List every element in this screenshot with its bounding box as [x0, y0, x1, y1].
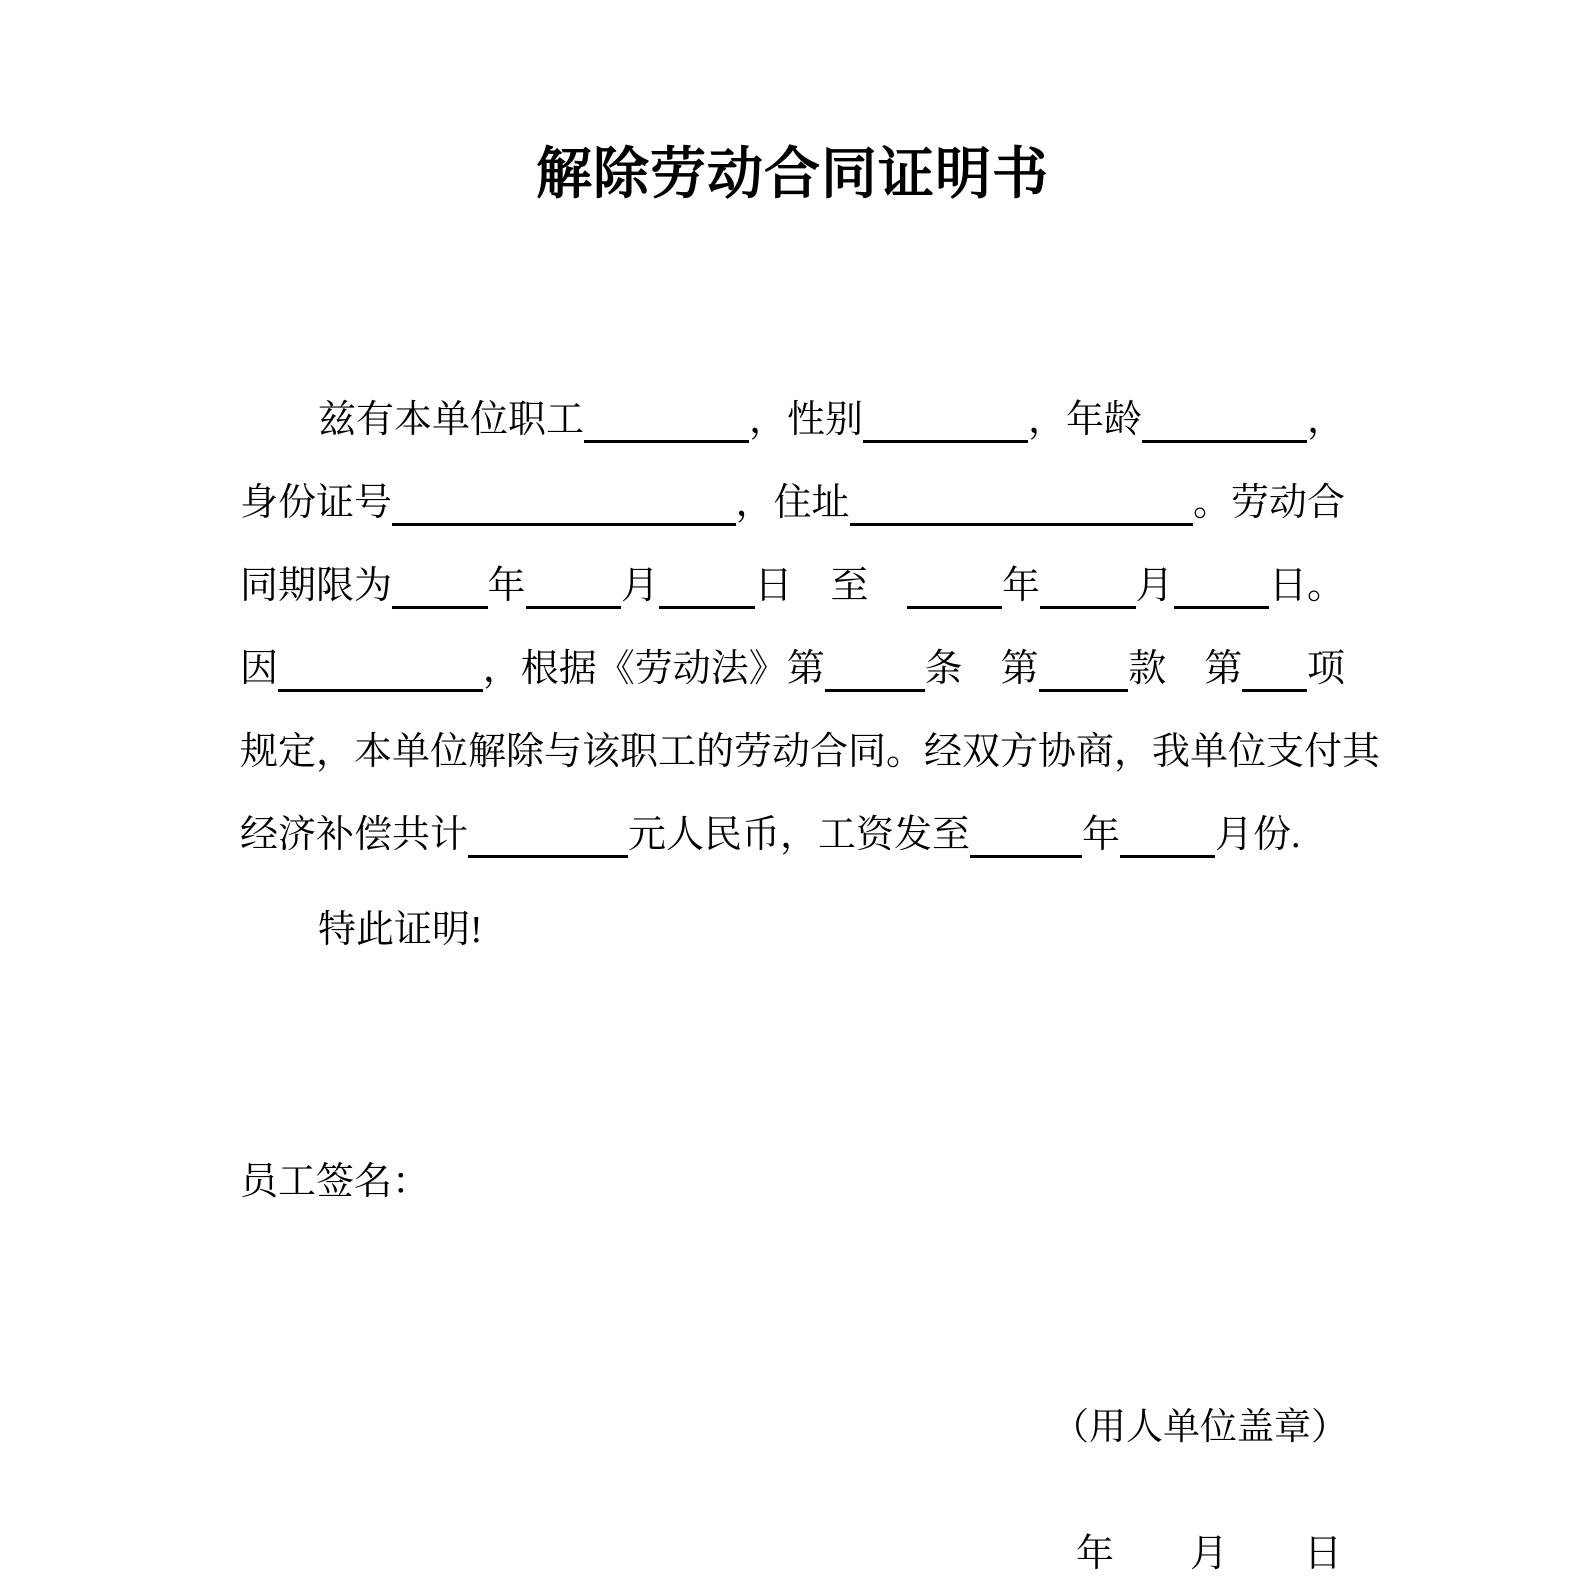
body-line-6: 经济补偿共计 元人民币，工资发至 年 月份.	[240, 775, 1345, 858]
employee-signature-label: 员工签名：	[240, 1160, 430, 1206]
body-line-4: 因 ，根据《劳动法》第 条 第 款 第 项	[240, 609, 1345, 692]
text-clause-item-label: 款 第	[1128, 648, 1242, 692]
blank-law-clause[interactable]	[1039, 684, 1129, 692]
blank-compensation-amount[interactable]	[468, 850, 628, 858]
text-month-suffix-label: 月份.	[1215, 814, 1301, 858]
text-law-reference: ，根据《劳动法》第	[483, 648, 825, 692]
text-month-label-2: 月	[1136, 565, 1174, 609]
closing-statement: 特此证明!	[318, 908, 483, 954]
text-item-label: 项	[1307, 648, 1345, 692]
text-day-to-label: 日 至	[755, 565, 907, 609]
text-term-lead: 同期限为	[240, 565, 392, 609]
date-line: 年 月 日	[1076, 1532, 1342, 1578]
text-age-label: ，年龄	[1028, 399, 1142, 443]
text-employee-intro: 兹有本单位职工	[240, 399, 584, 443]
text-gender-label: ，性别	[749, 399, 863, 443]
body-line-3: 同期限为 年 月 日 至 年 月 日。	[240, 526, 1345, 609]
blank-end-day[interactable]	[1174, 601, 1269, 609]
text-because-label: 因	[240, 648, 278, 692]
text-address-label: ，住址	[736, 482, 850, 526]
blank-termination-reason[interactable]	[278, 684, 483, 692]
blank-end-month[interactable]	[1040, 601, 1135, 609]
blank-gender[interactable]	[863, 435, 1028, 443]
blank-wage-year[interactable]	[970, 850, 1082, 858]
blank-end-year[interactable]	[907, 601, 1002, 609]
text-day-end-label: 日。	[1269, 565, 1345, 609]
blank-law-article[interactable]	[825, 684, 925, 692]
document-body: 兹有本单位职工 ，性别 ，年龄 ， 身份证号 ，住址 。劳动合 同期限为 年 月…	[240, 360, 1345, 858]
text-id-label: 身份证号	[240, 482, 392, 526]
blank-address[interactable]	[850, 518, 1193, 526]
text-contract-lead: 。劳动合	[1193, 482, 1345, 526]
body-line-2: 身份证号 ，住址 。劳动合	[240, 443, 1345, 526]
text-compensation-lead: 经济补偿共计	[240, 814, 468, 858]
text-year-label-1: 年	[488, 565, 526, 609]
blank-law-item[interactable]	[1242, 684, 1307, 692]
blank-age[interactable]	[1142, 435, 1307, 443]
text-line1-comma: ，	[1307, 399, 1345, 443]
text-year-label-3: 年	[1082, 814, 1120, 858]
blank-start-year[interactable]	[392, 601, 487, 609]
document-page: 解除劳动合同证明书 兹有本单位职工 ，性别 ，年龄 ， 身份证号 ，住址 。劳动…	[0, 0, 1587, 1592]
blank-wage-month[interactable]	[1120, 850, 1215, 858]
employer-seal-label: （用人单位盖章）	[1052, 1406, 1348, 1450]
document-title: 解除劳动合同证明书	[240, 142, 1345, 209]
text-termination-statement: 规定，本单位解除与该职工的劳动合同。经双方协商，我单位支付其	[240, 731, 1380, 775]
body-line-1: 兹有本单位职工 ，性别 ，年龄 ，	[240, 360, 1345, 443]
text-currency-wage-label: 元人民币，工资发至	[628, 814, 970, 858]
text-year-label-2: 年	[1002, 565, 1040, 609]
body-line-5: 规定，本单位解除与该职工的劳动合同。经双方协商，我单位支付其	[240, 692, 1345, 775]
blank-start-day[interactable]	[659, 601, 754, 609]
text-month-label-1: 月	[621, 565, 659, 609]
blank-start-month[interactable]	[526, 601, 621, 609]
blank-employee-name[interactable]	[584, 435, 749, 443]
text-article-clause-label: 条 第	[925, 648, 1039, 692]
blank-id-number[interactable]	[392, 518, 735, 526]
